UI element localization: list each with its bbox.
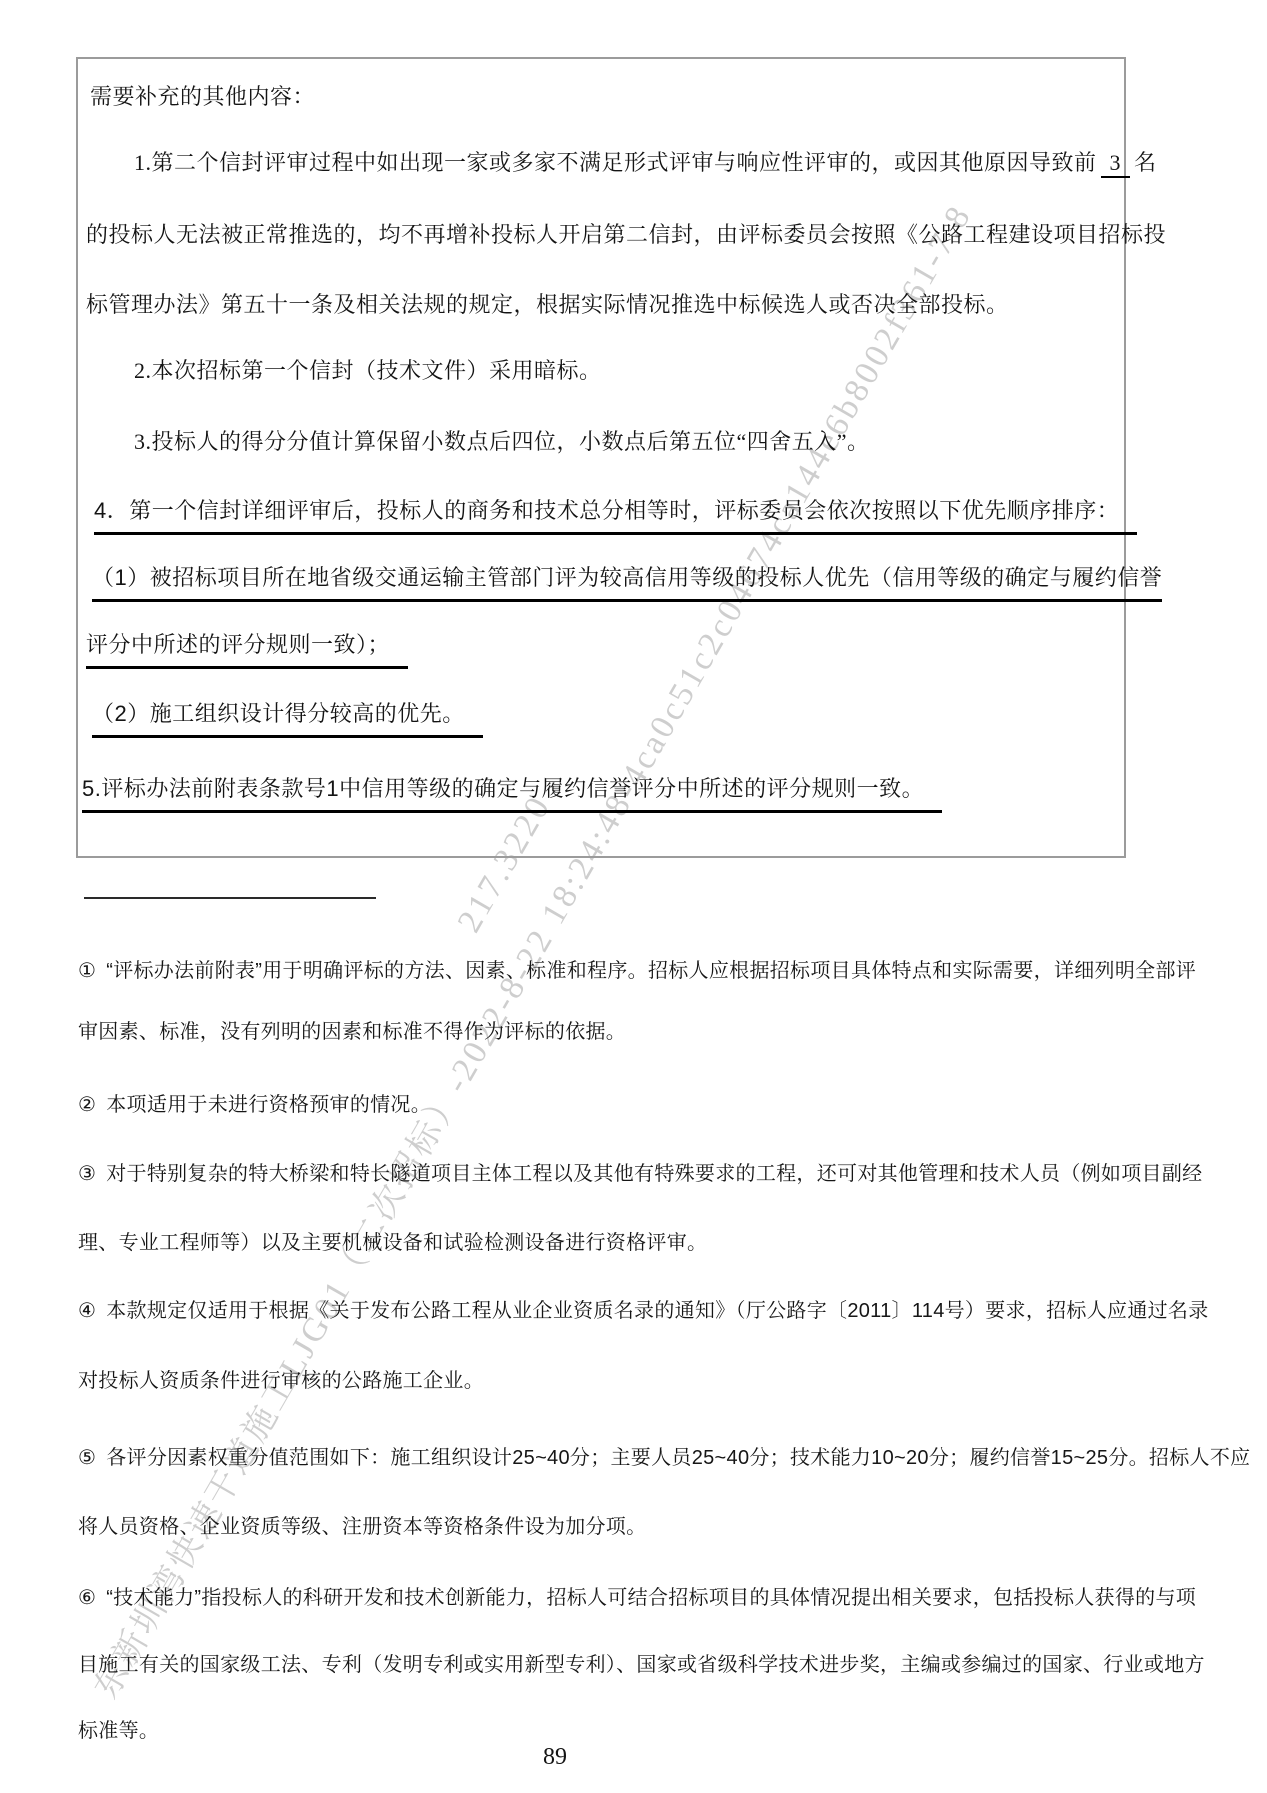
footnote-separator-line [84,897,376,899]
item-4-sub-1-line-2-underlined: 评分中所述的评分规则一致）； [86,628,408,669]
item-1-line-1: 1.第二个信封评审过程中如出现一家或多家不满足形式评审与响应性评审的，或因其他原… [134,146,1157,178]
footnote-2-line-1: ②本项适用于未进行资格预审的情况。 [78,1088,431,1117]
footnote-4-marker: ④ [78,1300,96,1322]
footnote-3-marker: ③ [78,1163,96,1185]
footnote-2-text: 本项适用于未进行资格预审的情况。 [106,1094,431,1116]
item-3: 3.投标人的得分分值计算保留小数点后四位，小数点后第五位“四舍五入”。 [134,425,870,456]
footnote-5-marker: ⑤ [78,1447,96,1469]
item-1-line-2: 的投标人无法被正常推选的，均不再增补投标人开启第二信封，由评标委员会按照《公路工… [86,218,1166,249]
footnote-5-line-1: ⑤各评分因素权重分值范围如下：施工组织设计25~40分；主要人员25~40分；技… [78,1441,1250,1470]
page-number: 89 [0,1744,1110,1771]
footnote-6-line-1: ⑥“技术能力”指投标人的科研开发和技术创新能力，招标人可结合招标项目的具体情况提… [78,1581,1196,1610]
item-5: 5.评标办法前附表条款号1中信用等级的确定与履约信誉评分中所述的评分规则一致。 [82,772,942,813]
footnote-1-marker: ① [78,960,96,982]
item-2: 2.本次招标第一个信封（技术文件）采用暗标。 [134,354,602,385]
footnote-6-marker: ⑥ [78,1587,96,1609]
item-4-sub-1-line-2: 评分中所述的评分规则一致）； [86,628,408,669]
footnote-6-line-3: 标准等。 [78,1714,159,1743]
item-4-sub-2: （2）施工组织设计得分较高的优先。 [92,697,483,738]
footnote-2-marker: ② [78,1094,96,1116]
footnote-3-line-2: 理、专业工程师等）以及主要机械设备和试验检测设备进行资格评审。 [78,1226,707,1255]
item-4-sub-1-underlined: （1）被招标项目所在地省级交通运输主管部门评为较高信用等级的投标人优先（信用等级… [92,561,1162,602]
item-5-underlined: 5.评标办法前附表条款号1中信用等级的确定与履约信誉评分中所述的评分规则一致。 [82,772,942,813]
item-4-sub-1-line-1: （1）被招标项目所在地省级交通运输主管部门评为较高信用等级的投标人优先（信用等级… [92,561,1162,602]
item-4-underlined: 4．第一个信封详细评审后，投标人的商务和技术总分相等时，评标委员会依次按照以下优… [94,494,1137,535]
footnote-5-text: 各评分因素权重分值范围如下：施工组织设计25~40分；主要人员25~40分；技术… [106,1447,1250,1469]
box-title: 需要补充的其他内容： [90,80,315,111]
item-1-text-pre: 1.第二个信封评审过程中如出现一家或多家不满足形式评审与响应性评审的，或因其他原… [134,150,1097,175]
item-4-sub-2-underlined: （2）施工组织设计得分较高的优先。 [92,697,483,738]
blank-filled-number: 3 [1101,150,1131,178]
footnote-6-line-2: 目施工有关的国家级工法、专利（发明专利或实用新型专利）、国家或省级科学技术进步奖… [78,1648,1205,1677]
footnote-6-text: “技术能力”指投标人的科研开发和技术创新能力，招标人可结合招标项目的具体情况提出… [106,1587,1196,1609]
footnote-4-line-2: 对投标人资质条件进行审核的公路施工企业。 [78,1364,484,1393]
item-4: 4．第一个信封详细评审后，投标人的商务和技术总分相等时，评标委员会依次按照以下优… [94,494,1137,535]
footnote-5-line-2: 将人员资格、企业资质等级、注册资本等资格条件设为加分项。 [78,1510,646,1539]
footnote-3-line-1: ③对于特别复杂的特大桥梁和特长隧道项目主体工程以及其他有特殊要求的工程，还可对其… [78,1157,1202,1186]
footnote-1-line-1: ①“评标办法前附表”用于明确评标的方法、因素、标准和程序。招标人应根据招标项目具… [78,954,1196,983]
footnote-4-line-1: ④本款规定仅适用于根据《关于发布公路工程从业企业资质名录的通知》（厅公路字〔20… [78,1294,1209,1323]
document-page: 东新圳湾快速干道施工LJG01（二次招标）-2022-8-22 18:24:48… [0,0,1267,1793]
footnote-4-text: 本款规定仅适用于根据《关于发布公路工程从业企业资质名录的通知》（厅公路字〔201… [106,1300,1208,1322]
footnote-1-line-2: 审因素、标准，没有列明的因素和标准不得作为评标的依据。 [78,1015,626,1044]
footnote-1-text: “评标办法前附表”用于明确评标的方法、因素、标准和程序。招标人应根据招标项目具体… [106,960,1196,982]
footnote-3-text: 对于特别复杂的特大桥梁和特长隧道项目主体工程以及其他有特殊要求的工程，还可对其他… [106,1163,1202,1185]
item-1-line-3: 标管理办法》第五十一条及相关法规的规定，根据实际情况推选中标候选人或否决全部投标… [86,288,1009,319]
item-1-text-post: 名 [1134,150,1157,175]
